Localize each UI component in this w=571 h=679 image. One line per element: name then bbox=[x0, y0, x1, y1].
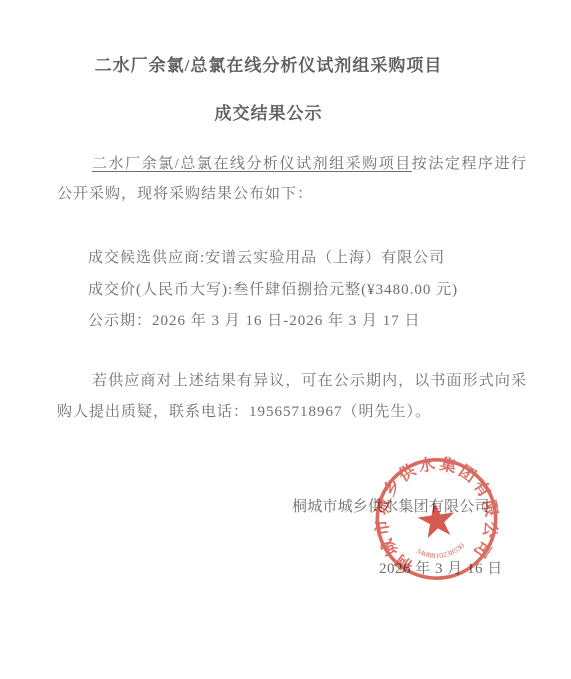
document-title-line1: 二水厂余氯/总氯在线分析仪试剂组采购项目 bbox=[0, 51, 537, 76]
intro-paragraph: 二水厂余氯/总氯在线分析仪试剂组采购项目按法定程序进行公开采购，现将采购结果公布… bbox=[57, 149, 527, 209]
result-publicity-period: 公示期：2026 年 3 月 16 日-2026 年 3 月 17 日 bbox=[88, 306, 538, 338]
signature-company-name: 桐城市城乡供水集团有限公司 bbox=[292, 495, 490, 516]
result-list: 成交候选供应商:安谱云实验用品（上海）有限公司 成交价(人民币大写):叁仟肆佰捌… bbox=[88, 243, 538, 338]
result-supplier: 成交候选供应商:安谱云实验用品（上海）有限公司 bbox=[88, 243, 538, 275]
objection-paragraph: 若供应商对上述结果有异议，可在公示期内，以书面形式向采购人提出质疑，联系电话：1… bbox=[57, 366, 527, 427]
result-price: 成交价(人民币大写):叁仟肆佰捌拾元整(¥3480.00 元) bbox=[88, 275, 538, 307]
signature-date: 2026 年 3 月 16 日 bbox=[379, 557, 503, 578]
document-page: 二水厂余氯/总氯在线分析仪试剂组采购项目 成交结果公示 二水厂余氯/总氯在线分析… bbox=[0, 0, 571, 679]
document-title-line2: 成交结果公示 bbox=[0, 99, 537, 124]
project-name-underlined: 二水厂余氯/总氯在线分析仪试剂组采购项目 bbox=[92, 156, 412, 172]
